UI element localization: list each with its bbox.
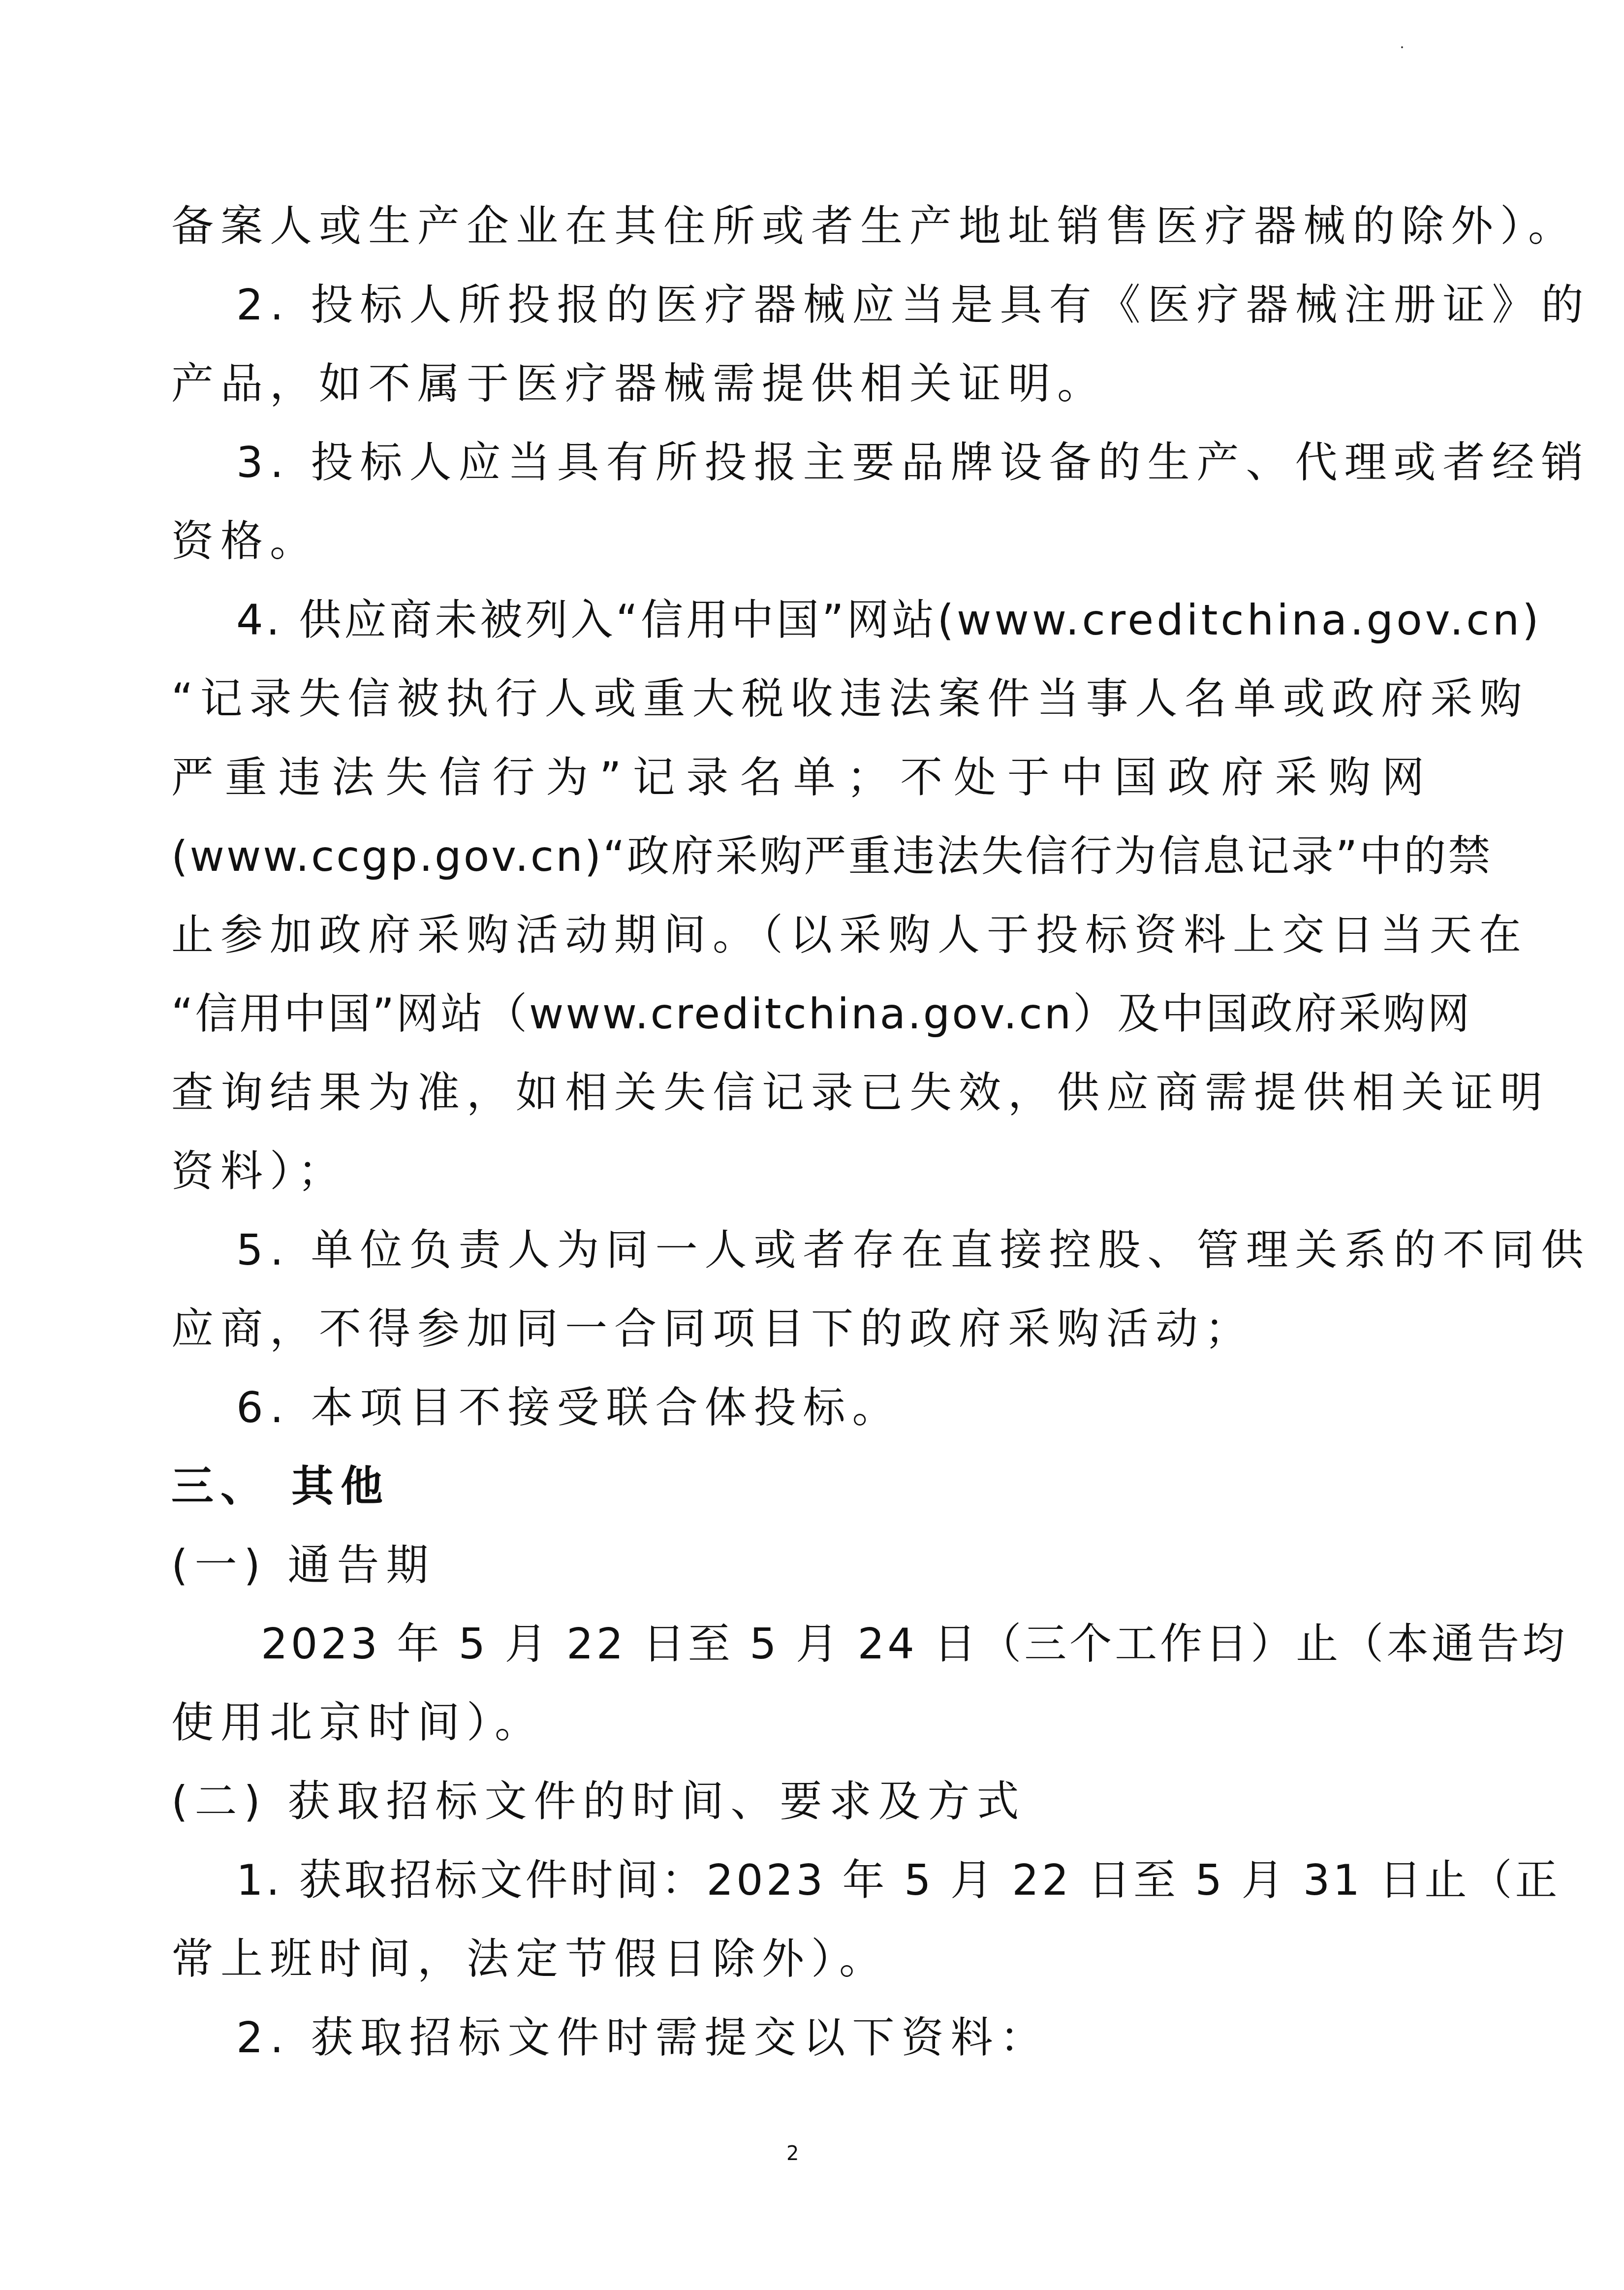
item-6: 6. 本项目不接受联合体投标。 <box>236 1383 1432 1432</box>
obtain-time-line-2: 常上班时间，法定节假日除外）。 <box>171 1935 1431 1984</box>
notice-period-line-2: 使用北京时间）。 <box>171 1698 1431 1748</box>
item-2-line-1: 2. 投标人所投报的医疗器械应当是具有《医疗器械注册证》的 <box>236 281 1432 330</box>
subsection-heading-notice-period: (一) 通告期 <box>171 1541 1431 1590</box>
scan-artifact <box>1401 46 1403 48</box>
item-2-line-2: 产品，如不属于医疗器械需提供相关证明。 <box>171 359 1431 409</box>
subsection-heading-obtain-documents: (二) 获取招标文件的时间、要求及方式 <box>171 1777 1431 1826</box>
page-number: 2 <box>786 2141 799 2166</box>
item-4-line-4: (www.ccgp.gov.cn)“政府采购严重违法失信行为信息记录”中的禁 <box>171 832 1431 881</box>
item-1-continuation: 备案人或生产企业在其住所或者生产地址销售医疗器械的除外）。 <box>171 202 1431 251</box>
item-4-line-6: “信用中国”网站（www.creditchina.gov.cn）及中国政府采购网 <box>171 989 1431 1039</box>
item-4-line-7: 查询结果为准，如相关失信记录已失效，供应商需提供相关证明 <box>171 1068 1431 1117</box>
section-heading-other: 三、 其他 <box>171 1462 1431 1511</box>
item-4-line-1: 4. 供应商未被列入“信用中国”网站(www.creditchina.gov.c… <box>236 596 1432 645</box>
item-5-line-2: 应商，不得参加同一合同项目下的政府采购活动； <box>171 1304 1431 1354</box>
item-4-line-2: “记录失信被执行人或重大税收违法案件当事人名单或政府采购 <box>171 674 1431 724</box>
item-4-line-5: 止参加政府采购活动期间。（以采购人于投标资料上交日当天在 <box>171 911 1431 960</box>
item-3-line-2: 资格。 <box>171 517 1431 566</box>
obtain-materials-line: 2. 获取招标文件时需提交以下资料： <box>236 2013 1432 2063</box>
item-4-line-3: 严重违法失信行为”记录名单；不处于中国政府采购网 <box>171 753 1431 802</box>
item-5-line-1: 5. 单位负责人为同一人或者存在直接控股、管理关系的不同供 <box>236 1226 1432 1275</box>
obtain-time-line-1: 1. 获取招标文件时间：2023 年 5 月 22 日至 5 月 31 日止（正 <box>236 1856 1432 1905</box>
notice-period-line-1: 2023 年 5 月 22 日至 5 月 24 日（三个工作日）止（本通告均 <box>261 1620 1432 1669</box>
document-page: 备案人或生产企业在其住所或者生产地址销售医疗器械的除外）。 2. 投标人所投报的… <box>0 0 1624 2290</box>
item-4-line-8: 资料）； <box>171 1147 1431 1196</box>
item-3-line-1: 3. 投标人应当具有所投报主要品牌设备的生产、代理或者经销 <box>236 438 1432 487</box>
